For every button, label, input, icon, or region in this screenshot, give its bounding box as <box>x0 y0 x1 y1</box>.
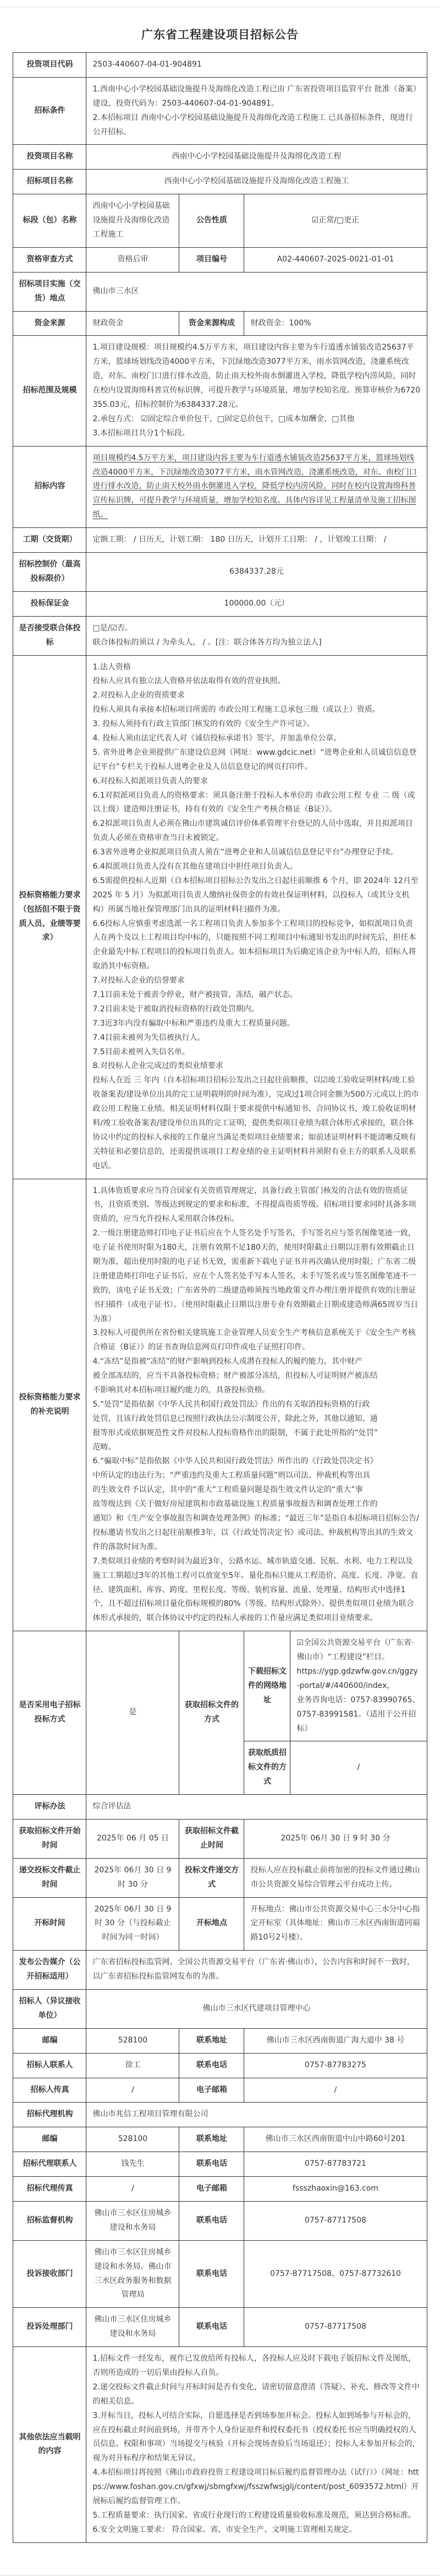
phone3-value: 0757-87717508 <box>244 2202 427 2241</box>
obtain-method-label: 获取招标文件的方式 <box>179 1631 244 1795</box>
table-row: 邮编 528100 联系地址 佛山市三水区西南街道中山中路60号201 <box>13 2127 427 2152</box>
submit-method-value: 投标人应在投标截止前将加密的投标文件通过佛山市公共资源交易综合管理云平台成功上传… <box>244 1858 427 1897</box>
content-value: 项目规模约4.5万平方米，项目建设内容主要为车行道透水铺装改造25637平方米，… <box>86 446 427 527</box>
table-row: 招标条件 1.西南中心小学校园基础设施提升及海绵化改造工程已由 广东省投资项目监… <box>13 77 427 145</box>
invest-name-label: 投资项目名称 <box>13 145 86 170</box>
table-row: 发布公告媒介（公开招标适用） 广东省招标投标监管网、全国公共资源交易平台（广东省… <box>13 1951 427 1990</box>
fax1-label: 招标人传真 <box>13 2078 86 2103</box>
postcode2-label: 邮编 <box>13 2127 86 2152</box>
content-label: 招标内容 <box>13 446 86 527</box>
table-row: 招标范围及规模 1.项目建设规模：项目规模约4.5万平方米，项目建设内容主要为车… <box>13 336 427 446</box>
phone4-value: 0757-87717508、0757-87732610 <box>244 2240 427 2308</box>
supervisor-value: 佛山市三水区住房城乡建设和水务局 <box>86 2202 179 2241</box>
contact1-value: 徐工 <box>86 2053 179 2078</box>
qualification-review-label: 资格审查方式 <box>13 247 86 272</box>
control-price-label: 招标控制价（最高投标限价） <box>13 553 86 592</box>
open-time-label: 开标时间 <box>13 1897 86 1951</box>
invest-name-value: 西南中心小学校园基础设施提升及海绵化改造工程 <box>86 145 427 170</box>
table-row: 标段（包）名称 西南中心小学校园基础设施提升及海绵化改造工程施工 公告性质 ☑正… <box>13 194 427 248</box>
phone5-label: 联系电话 <box>179 2308 244 2347</box>
table-row: 招标人传真 / 电子邮箱 / <box>13 2078 427 2103</box>
table-row: 招标监督机构 佛山市三水区住房城乡建设和水务局 联系电话 0757-877175… <box>13 2202 427 2241</box>
doc-end-value: 2025年 06月 30 日 9 时 30 分 <box>244 1819 427 1858</box>
table-row: 资格审查方式 资格后审 项目编号 A02-440607-2025-0021-01… <box>13 247 427 272</box>
consortium-label: 是否接受联合体投标 <box>13 616 86 655</box>
contact1-label: 招标人联系人 <box>13 2053 86 2078</box>
agency-value: 佛山市兆信工程项目管理有限公司 <box>86 2103 427 2127</box>
table-row: 投标资格能力要求（包括但不限于资质人员、业绩等要求） 1.法人资格 投标人应具有… <box>13 655 427 1179</box>
complaint-recv-value: 佛山市三水区住房城乡建设和水务局、佛山市三水区政务服务和数据管理局 <box>86 2240 179 2308</box>
e-bidding-value: 是 <box>86 1631 179 1795</box>
table-row: 获取招标文件开始时间 2025年 06 月 05 日 获取招标文件截止时间 20… <box>13 1819 427 1858</box>
page-bottom-divider <box>0 2575 440 2576</box>
open-place-label: 开标地点 <box>179 1897 244 1951</box>
complaint-handle-label: 投诉处理部门 <box>13 2308 86 2347</box>
fund-source-value: 财政资金 <box>86 311 179 336</box>
addr2-label: 联系地址 <box>179 2127 244 2152</box>
table-row: 投资项目代码 2503-440607-04-01-904891 <box>13 53 427 78</box>
postcode1-value: 528100 <box>86 2028 179 2053</box>
location-label: 招标项目实施（交货）地点 <box>13 272 86 311</box>
e-bidding-label: 是否采用电子招标投标方式 <box>13 1631 86 1795</box>
qualification-requirements-label: 投标资格能力要求（包括但不限于资质人员、业绩等要求） <box>13 655 86 1179</box>
section-label: 标段（包）名称 <box>13 194 86 248</box>
complaint-recv-label: 投诉接收部门 <box>13 2240 86 2308</box>
download-address-value: ☑全国公共资源交易平台（广东省·佛山市）“工程建设”栏目。 https://yg… <box>290 1631 427 1741</box>
submit-deadline-label: 递交投标文件截止时间 <box>13 1858 86 1897</box>
table-row: 递交投标文件截止时间 2025年 06月 30 日 9 时 30 分 投标文件递… <box>13 1858 427 1897</box>
email1-label: 电子邮箱 <box>179 2078 244 2103</box>
open-place-value: 开标地点：佛山市公共资源交易中心三水分中心指定开标室（具体地址：佛山市三水区西南… <box>244 1897 427 1951</box>
phone2-value: 0757-87783721 <box>244 2152 427 2177</box>
qualification-supplement-value: 1.具体资质要求应当符合国家有关资质管理规定，具备行政主管部门核发的合法有效的资… <box>86 1179 427 1631</box>
submit-method-label: 投标文件递交方式 <box>179 1858 244 1897</box>
section-value: 西南中心小学校园基础设施提升及海绵化改造工程施工 <box>86 194 179 248</box>
table-row: 是否采用电子招标投标方式 是 获取招标文件的方式 下载招标文件的网络地址 ☑全国… <box>13 1631 427 1741</box>
phone5-value: 0757-87717508 <box>244 2308 427 2347</box>
media-label: 发布公告媒介（公开招标适用） <box>13 1951 86 1990</box>
complaint-handle-value: 佛山市三水区住房城乡建设和水务局 <box>86 2308 179 2347</box>
doc-start-label: 获取招标文件开始时间 <box>13 1819 86 1858</box>
doc-end-label: 获取招标文件截止时间 <box>179 1819 244 1858</box>
addr2-value: 佛山市三水区西南街道中山中路60号201 <box>244 2127 427 2152</box>
table-row: 邮编 528100 联系地址 佛山市三水区西南街道广海大道中 38 号 <box>13 2028 427 2053</box>
email2-value: fssszhaoxin@163.com <box>244 2177 427 2202</box>
consortium-value: □是/☑否。 联合体投标的须以 / 为牵头人， / 。[注：联合体各方均为独立法… <box>86 616 427 655</box>
table-row: 招标控制价（最高投标限价） 6384337.28元 <box>13 553 427 592</box>
table-row: 投标保证金 100000.00（元） <box>13 591 427 616</box>
eval-method-label: 评标办法 <box>13 1795 86 1820</box>
table-row: 招标人（异议接收单位） 佛山市三水区代建项目管理中心 <box>13 1989 427 2028</box>
tenderer-label: 招标人（异议接收单位） <box>13 1989 86 2028</box>
supervisor-label: 招标监督机构 <box>13 2202 86 2241</box>
bid-bond-value: 100000.00（元） <box>86 591 427 616</box>
page-title: 广东省工程建设项目招标公告 <box>0 26 440 42</box>
postcode1-label: 邮编 <box>13 2028 86 2053</box>
notice-nature-label: 公告性质 <box>179 194 244 248</box>
table-row: 开标时间 2025年 06月 30 日 9 时 30 分（与投标截止时间为同一时… <box>13 1897 427 1951</box>
invest-code-value: 2503-440607-04-01-904891 <box>86 53 427 78</box>
tenderer-value: 佛山市三水区代建项目管理中心 <box>86 1989 427 2028</box>
control-price-value: 6384337.28元 <box>86 553 427 592</box>
table-row: 招标人联系人 徐工 联系电话 0757-87783275 <box>13 2053 427 2078</box>
table-row: 投诉处理部门 佛山市三水区住房城乡建设和水务局 联系电话 0757-877175… <box>13 2308 427 2347</box>
media-value: 广东省招标投标监管网、全国公共资源交易平台（广东省·佛山市），公告内容和时间不一… <box>86 1951 427 1990</box>
table-row: 是否接受联合体投标 □是/☑否。 联合体投标的须以 / 为牵头人， / 。[注：… <box>13 616 427 655</box>
project-name-label: 招标项目名称 <box>13 170 86 194</box>
table-row: 招标代理机构 佛山市兆信工程项目管理有限公司 <box>13 2103 427 2127</box>
fund-source-label: 资金来源 <box>13 311 86 336</box>
table-row: 招标内容 项目规模约4.5万平方米，项目建设内容主要为车行道透水铺装改造2563… <box>13 446 427 527</box>
paper-doc-value: / <box>290 1741 427 1795</box>
bid-conditions-label: 招标条件 <box>13 77 86 145</box>
project-no-label: 项目编号 <box>179 247 244 272</box>
scope-value: 1.项目建设规模：项目规模约4.5万平方米，项目建设内容主要为车行道透水铺装改造… <box>86 336 427 446</box>
download-address-label: 下载招标文件的网络地址 <box>244 1631 290 1741</box>
addr1-value: 佛山市三水区西南街道广海大道中 38 号 <box>244 2028 427 2053</box>
eval-method-value: 综合评估法 <box>86 1795 427 1820</box>
phone1-value: 0757-87783275 <box>244 2053 427 2078</box>
qualification-review-value: 资格后审 <box>86 247 179 272</box>
phone3-label: 联系电话 <box>179 2202 244 2241</box>
duration-label: 工期（交货期） <box>13 528 86 553</box>
table-row: 投资项目名称 西南中心小学校园基础设施提升及海绵化改造工程 <box>13 145 427 170</box>
phone4-label: 联系电话 <box>179 2240 244 2308</box>
tender-announcement-page: { "title": "广东省工程建设项目招标公告", "table": { "… <box>0 7 440 2576</box>
notice-nature-value: ☑正常/□更正 <box>244 194 427 248</box>
duration-value: 定额工期： / 日历天，计划工期： 180 日历天，计划开工日期： / ，计划竣… <box>86 528 427 553</box>
table-row: 评标办法 综合评估法 <box>13 1795 427 1820</box>
table-row: 招标代理传真 / 电子邮箱 fssszhaoxin@163.com <box>13 2177 427 2202</box>
open-time-value: 2025年 06月 30 日 9 时 30 分（与投标截止时间为同一时间） <box>86 1897 179 1951</box>
paper-doc-label: 获取纸质招标文件的方式 <box>244 1741 290 1795</box>
scope-label: 招标范围及规模 <box>13 336 86 446</box>
tender-announcement-table: 投资项目代码 2503-440607-04-01-904891 招标条件 1.西… <box>13 52 427 2543</box>
fund-comp-value: 财政资金：100% <box>244 311 427 336</box>
table-row: 投标资格能力要求的补充说明 1.具体资质要求应当符合国家有关资质管理规定，具备行… <box>13 1179 427 1631</box>
email2-label: 电子邮箱 <box>179 2177 244 2202</box>
phone2-label: 联系电话 <box>179 2152 244 2177</box>
contact2-label: 招标代理联系人 <box>13 2152 86 2177</box>
bid-conditions-value: 1.西南中心小学校园基础设施提升及海绵化改造工程已由 广东省投资项目监管平台 批… <box>86 77 427 145</box>
qualification-supplement-label: 投标资格能力要求的补充说明 <box>13 1179 86 1631</box>
agency-label: 招标代理机构 <box>13 2103 86 2127</box>
fax1-value: / <box>86 2078 179 2103</box>
bid-bond-label: 投标保证金 <box>13 591 86 616</box>
fund-comp-label: 资金来源构成 <box>179 311 244 336</box>
table-row: 招标项目名称 西南中心小学校园基础设施提升及海绵化改造工程施工 <box>13 170 427 194</box>
other-content-label: 其他依法应当载明的内容 <box>13 2347 86 2543</box>
contact2-value: 钱先生 <box>86 2152 179 2177</box>
other-content-value: 1.招标文件一经发布，视作已发放给所有投标人，各投标人应及时下载电子版招标文件及… <box>86 2347 427 2543</box>
addr1-label: 联系地址 <box>179 2028 244 2053</box>
qualification-requirements-value: 1.法人资格 投标人应具有独立法人资格并依法取得有效的营业执照。 2.对投标人企… <box>86 655 427 1179</box>
project-no-value: A02-440607-2025-0021-01-01 <box>244 247 427 272</box>
invest-code-label: 投资项目代码 <box>13 53 86 78</box>
table-row: 投诉接收部门 佛山市三水区住房城乡建设和水务局、佛山市三水区政务服务和数据管理局… <box>13 2240 427 2308</box>
table-row: 资金来源 财政资金 资金来源构成 财政资金：100% <box>13 311 427 336</box>
fax2-value: / <box>86 2177 179 2202</box>
table-row: 招标代理联系人 钱先生 联系电话 0757-87783721 <box>13 2152 427 2177</box>
page-top-divider <box>0 7 440 7</box>
table-row: 招标项目实施（交货）地点 佛山市三水区 <box>13 272 427 311</box>
email1-value: / <box>244 2078 427 2103</box>
table-row: 工期（交货期） 定额工期： / 日历天，计划工期： 180 日历天，计划开工日期… <box>13 528 427 553</box>
fax2-label: 招标代理传真 <box>13 2177 86 2202</box>
doc-start-value: 2025年 06 月 05 日 <box>86 1819 179 1858</box>
project-name-value: 西南中心小学校园基础设施提升及海绵化改造工程施工 <box>86 170 427 194</box>
phone1-label: 联系电话 <box>179 2053 244 2078</box>
table-row: 其他依法应当载明的内容 1.招标文件一经发布，视作已发放给所有投标人，各投标人应… <box>13 2347 427 2543</box>
postcode2-value: 528100 <box>86 2127 179 2152</box>
location-value: 佛山市三水区 <box>86 272 427 311</box>
submit-deadline-value: 2025年 06月 30 日 9 时 30 分 <box>86 1858 179 1897</box>
